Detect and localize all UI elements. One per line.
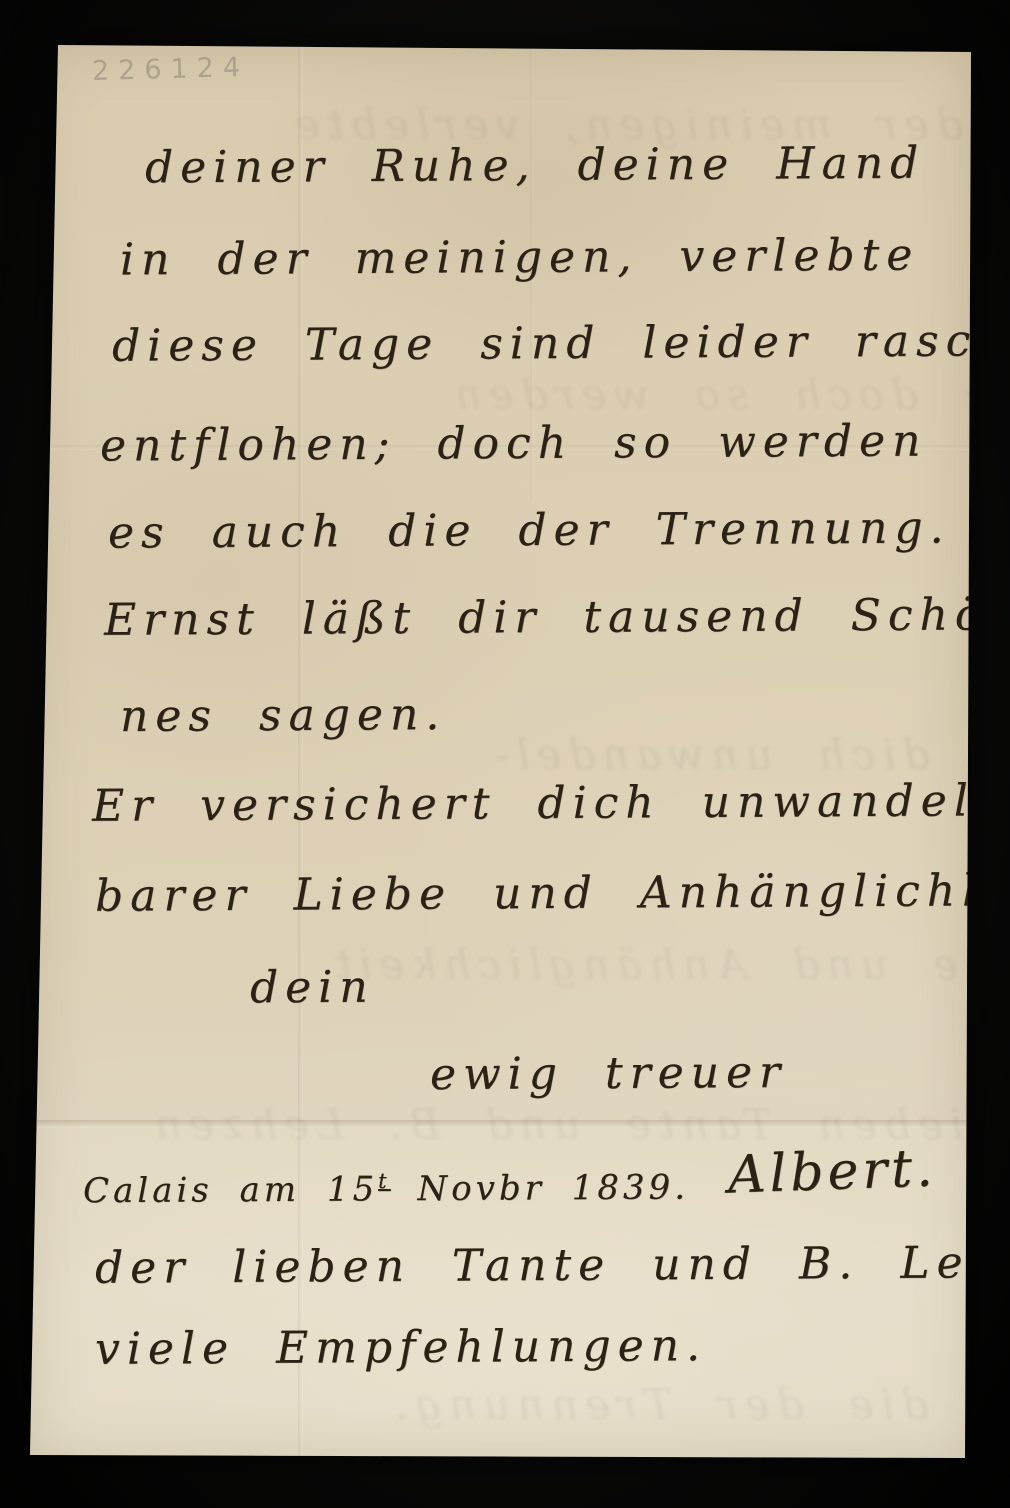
closing-pronoun: dein — [250, 962, 375, 1014]
letter-line: nes sagen. — [120, 689, 447, 742]
letter-line: diese Tage sind leider rasch — [112, 315, 1010, 372]
ink-showthrough: entflohen; doch so werden — [448, 370, 1010, 419]
letter-line: entflohen; doch so werden — [100, 415, 928, 471]
letter-line: deiner Ruhe, deine Hand — [145, 138, 926, 194]
postscript-line: viele Empfehlungen. — [95, 1320, 707, 1375]
dateline-superscript: t — [378, 1168, 391, 1193]
valediction: ewig treuer — [430, 1047, 787, 1100]
letter-page-wrapper: in der meinigen, verlebte entflohen; doc… — [28, 40, 973, 1464]
postscript-line: der lieben Tante und B. Lehzen — [95, 1237, 1000, 1294]
scan-background: in der meinigen, verlebte entflohen; doc… — [0, 0, 1010, 1508]
fold-crease-horizontal-lower — [28, 1120, 973, 1128]
letter-line: Er versichert dich unwandel- — [92, 775, 997, 832]
letter-line: es auch die der Trennung. — [108, 502, 951, 558]
letter-line: barer Liebe und Anhänglichkeit — [95, 865, 1000, 922]
ink-showthrough: es auch die der Trennung. — [388, 1380, 1010, 1429]
ink-showthrough: barer Liebe und Anhänglichkeit — [328, 940, 1010, 989]
pencil-inventory-number: 226124 — [92, 52, 250, 87]
letter-line: in der meinigen, verlebte — [120, 230, 920, 286]
letter-page: in der meinigen, verlebte entflohen; doc… — [28, 40, 973, 1464]
dateline-place-day: Calais am 15 — [83, 1169, 378, 1211]
letter-line: Ernst läßt dir tausend Schö- — [104, 589, 1010, 646]
signature: Albert. — [727, 1138, 937, 1205]
dateline-month-year: Novbr 1839. — [417, 1167, 689, 1209]
ink-showthrough: Er versichert dich unwandel- — [488, 730, 1010, 779]
dateline: Calais am 15t Novbr 1839. — [83, 1166, 689, 1211]
